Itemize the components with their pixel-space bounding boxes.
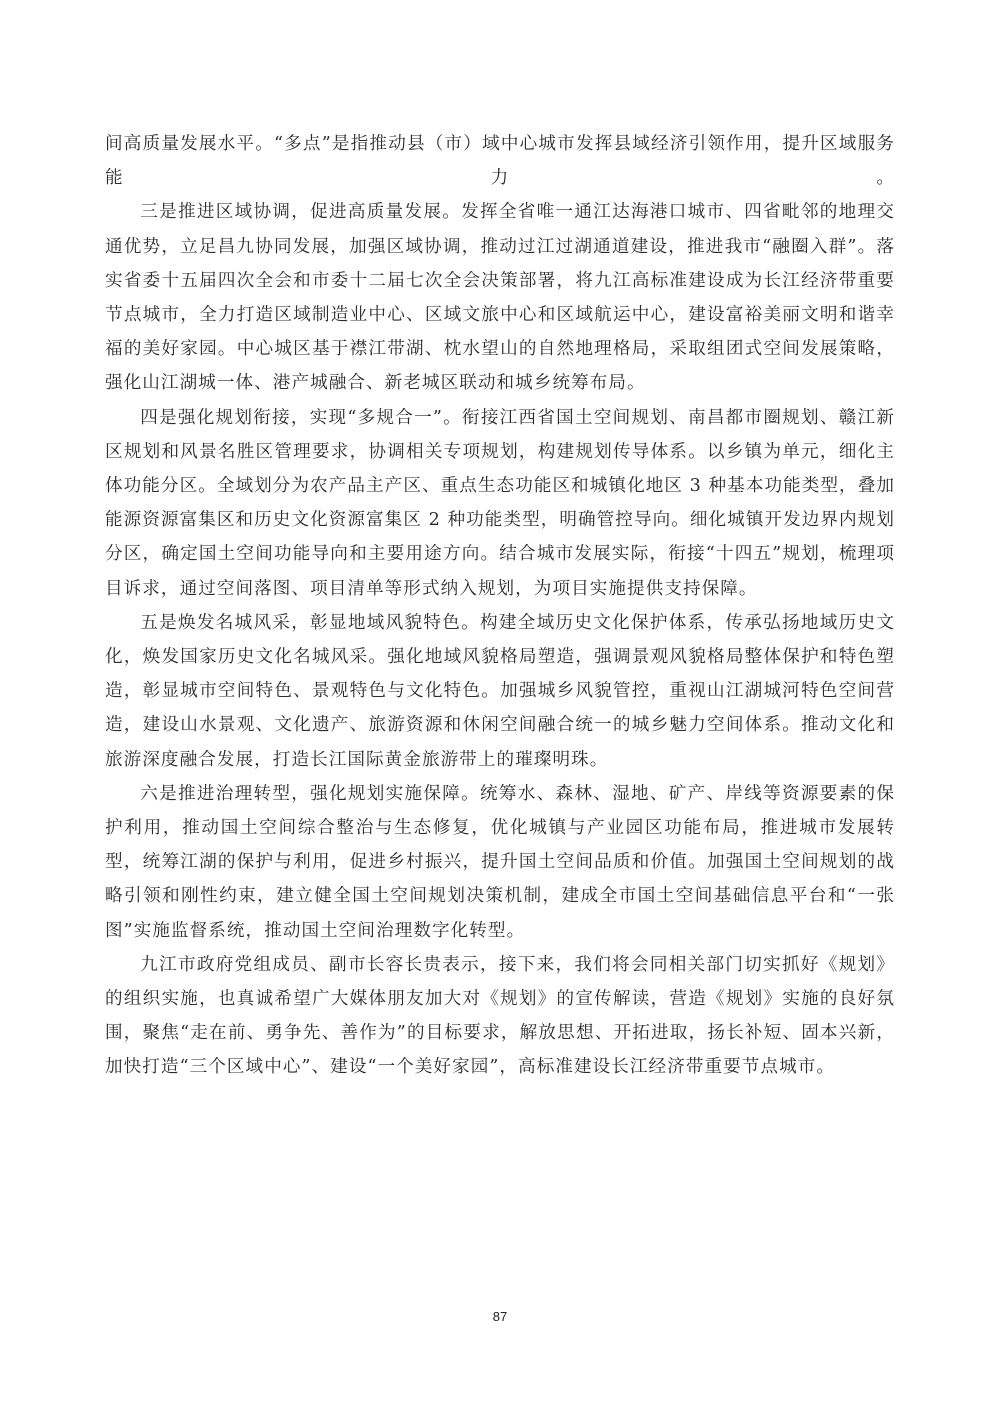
paragraph-city-style: 五是焕发名城风采，彰显地域风貌特色。构建全域历史文化保护体系，传承弘扬地域历史文… <box>105 606 895 777</box>
paragraph-planning-integration: 四是强化规划衔接，实现“多规合一”。衔接江西省国土空间规划、南昌都市圈规划、赣江… <box>105 401 895 606</box>
paragraph-continuation: 间高质量发展水平。“多点”是指推动县（市）域中心城市发挥县域经济引领作用，提升区… <box>105 127 895 195</box>
paragraph-governance-transformation: 六是推进治理转型，强化规划实施保障。统筹水、森林、湿地、矿产、岸线等资源要素的保… <box>105 777 895 948</box>
paragraph-vice-mayor-statement: 九江市政府党组成员、副市长容长贵表示，接下来，我们将会同相关部门切实抓好《规划》… <box>105 948 895 1085</box>
page-number: 87 <box>0 1309 1000 1324</box>
paragraph-regional-coordination: 三是推进区域协调，促进高质量发展。发挥全省唯一通江达海港口城市、四省毗邻的地理交… <box>105 195 895 400</box>
document-body: 间高质量发展水平。“多点”是指推动县（市）域中心城市发挥县域经济引领作用，提升区… <box>105 127 895 1085</box>
